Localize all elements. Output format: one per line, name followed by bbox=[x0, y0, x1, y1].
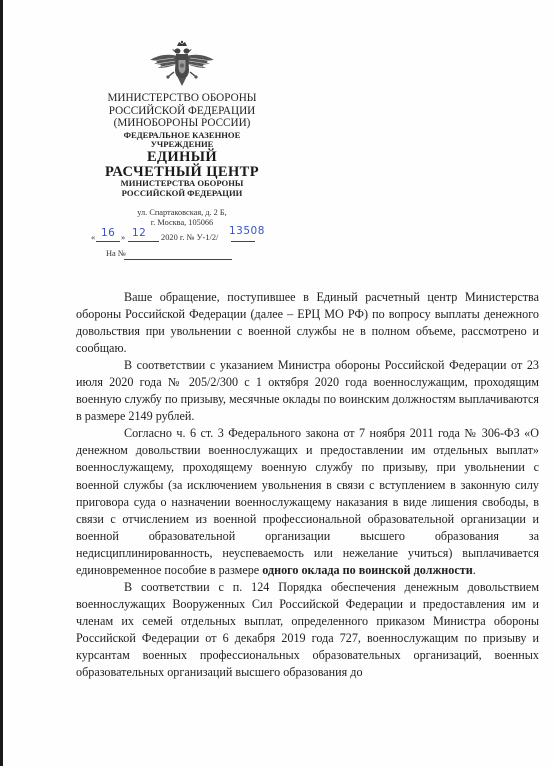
emphasized-amount: одного оклада по воинской должности bbox=[262, 563, 472, 577]
paragraph-end: . bbox=[473, 563, 476, 577]
paragraph-1: Ваше обращение, поступившее в Единый рас… bbox=[76, 289, 539, 357]
in-reply-blank bbox=[124, 249, 232, 260]
paragraph-2: В соответствии с указанием Министра обор… bbox=[76, 357, 539, 425]
handwritten-day: 16 bbox=[101, 227, 115, 239]
institution-affiliation: МИНИСТЕРСТВА ОБОРОНЫ РОССИЙСКОЙ ФЕДЕРАЦИ… bbox=[87, 179, 277, 198]
in-reply-label: На № bbox=[106, 249, 126, 258]
ministry-line: МИНИСТЕРСТВО ОБОРОНЫ bbox=[87, 92, 277, 105]
paragraph-text: В соответствии с указанием Министра обор… bbox=[76, 358, 539, 423]
institution-name: ЕДИНЫЙ РАСЧЕТНЫЙ ЦЕНТР bbox=[87, 150, 277, 180]
open-quote: « bbox=[91, 233, 95, 242]
letter-page: МИНИСТЕРСТВО ОБОРОНЫ РОССИЙСКОЙ ФЕДЕРАЦИ… bbox=[3, 0, 554, 766]
letterhead: МИНИСТЕРСТВО ОБОРОНЫ РОССИЙСКОЙ ФЕДЕРАЦИ… bbox=[87, 40, 277, 228]
ministry-line: РОССИЙСКОЙ ФЕДЕРАЦИИ bbox=[87, 105, 277, 118]
address-line: ул. Спартаковская, д. 2 Б, bbox=[87, 208, 277, 218]
center-line: ЕДИНЫЙ bbox=[87, 150, 277, 165]
ministry-name: МИНИСТЕРСТВО ОБОРОНЫ РОССИЙСКОЙ ФЕДЕРАЦИ… bbox=[87, 92, 277, 130]
paragraph-text: Ваше обращение, поступившее в Единый рас… bbox=[76, 290, 539, 355]
registration-line: « 16 » 12 2020 г. № У-1/2/ 13508 bbox=[91, 227, 291, 243]
double-headed-eagle-emblem-icon bbox=[144, 40, 220, 88]
handwritten-number: 13508 bbox=[229, 225, 265, 237]
ministry-line: (МИНОБОРОНЫ РОССИИ) bbox=[87, 117, 277, 130]
paragraph-4: В соответствии с п. 124 Порядка обеспече… bbox=[76, 579, 539, 681]
institution-type: ФЕДЕРАЛЬНОЕ КАЗЕННОЕ УЧРЕЖДЕНИЕ bbox=[87, 131, 277, 150]
center-line: РАСЧЕТНЫЙ ЦЕНТР bbox=[87, 165, 277, 180]
close-quote: » bbox=[121, 233, 125, 242]
letter-body: Ваше обращение, поступившее в Единый рас… bbox=[76, 289, 539, 681]
paragraph-text: В соответствии с п. 124 Порядка обеспече… bbox=[76, 580, 539, 679]
handwritten-month: 12 bbox=[132, 227, 146, 239]
year-and-index: 2020 г. № У-1/2/ bbox=[161, 233, 218, 242]
paragraph-3: Согласно ч. 6 ст. 3 Федерального закона … bbox=[76, 425, 539, 578]
mo-line: РОССИЙСКОЙ ФЕДЕРАЦИИ bbox=[87, 189, 277, 199]
paragraph-text: Согласно ч. 6 ст. 3 Федерального закона … bbox=[76, 426, 539, 576]
